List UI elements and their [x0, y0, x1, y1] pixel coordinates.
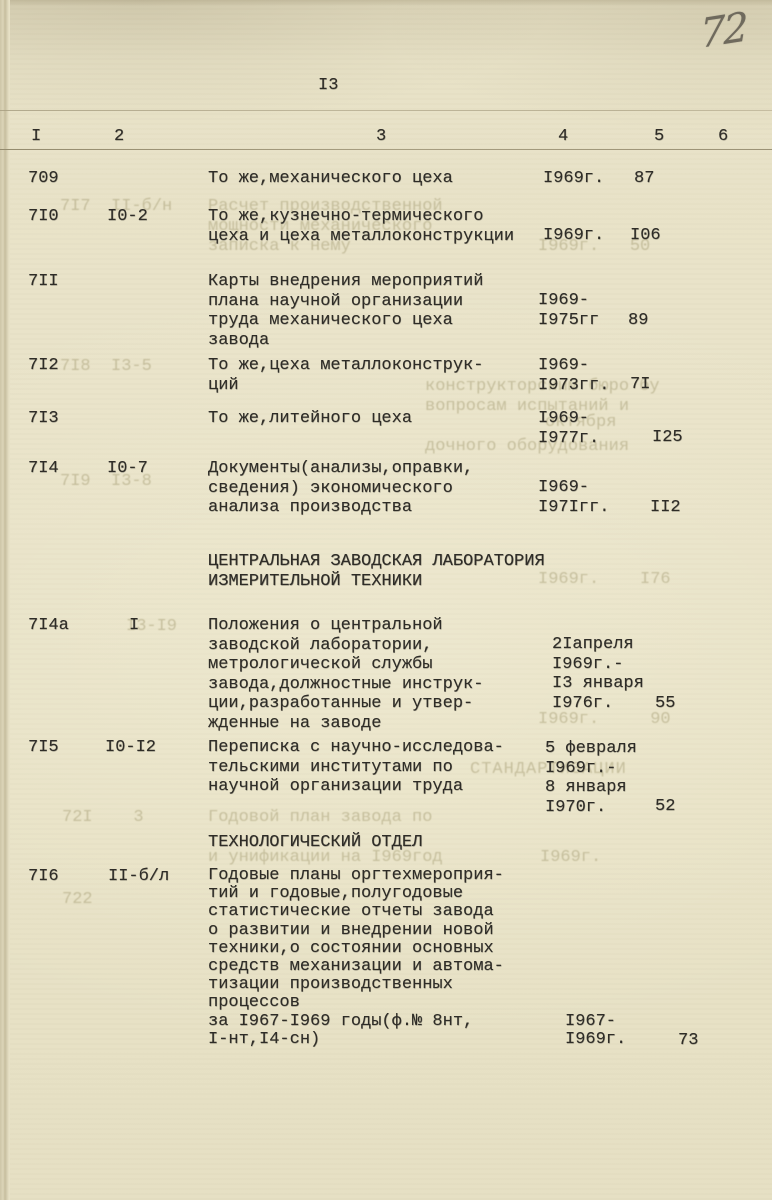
- scan-left-edge: [0, 0, 10, 1200]
- column-header-2: 2: [114, 127, 124, 146]
- section-title: ТЕХНОЛОГИЧЕСКИЙ ОТДЕЛ: [208, 833, 422, 853]
- case-title: То же,цеха металлоконструк- ций: [208, 356, 483, 395]
- case-dates: I969г.: [543, 226, 604, 246]
- case-count: I06: [630, 226, 661, 246]
- case-number: 7I0: [28, 207, 59, 227]
- bleedthrough-text: 7I8 I3-5: [60, 357, 152, 377]
- case-index: I0-2: [107, 207, 148, 227]
- case-dates: I969- I973гг.: [538, 356, 609, 395]
- case-title: То же,литейного цеха: [208, 409, 412, 429]
- case-dates: I969- I975гг: [538, 291, 599, 330]
- case-index: I: [129, 616, 139, 636]
- case-number: 7I4: [28, 459, 59, 479]
- table-header-rule: [0, 149, 772, 150]
- case-count: 55: [655, 694, 675, 714]
- case-count: II2: [650, 498, 681, 518]
- case-number: 7I3: [28, 409, 59, 429]
- case-count: 87: [634, 169, 654, 189]
- scanned-archive-page: 7I7 II-б/н Расчет производственной мощно…: [0, 0, 772, 1200]
- case-dates: I969- I97Iгг.: [538, 478, 609, 517]
- scan-top-edge: [0, 0, 772, 6]
- case-count: 52: [655, 797, 675, 817]
- column-header-6: 6: [718, 127, 728, 146]
- column-header-3: 3: [376, 127, 386, 146]
- case-dates: 5 февраля I969г.- 8 января I970г.: [545, 739, 637, 817]
- case-number: 7I2: [28, 356, 59, 376]
- bleedthrough-text: 72I 3: [62, 808, 144, 828]
- case-title: Документы(анализы,оправки, сведения) эко…: [208, 459, 473, 518]
- case-index: I0-7: [107, 459, 148, 479]
- bleedthrough-text: I969г. I76: [538, 570, 671, 590]
- bleedthrough-text: 722: [62, 890, 93, 910]
- bleedthrough-text: I969г.: [540, 848, 601, 868]
- bleedthrough-text: Годовой план завода по: [208, 808, 432, 828]
- page-number: I3: [318, 76, 338, 96]
- case-title: То же,механического цеха: [208, 169, 453, 189]
- case-number: 7I6: [28, 867, 59, 887]
- case-count: 7I: [630, 375, 650, 395]
- case-count: 73: [678, 1031, 698, 1051]
- case-dates: I969г.: [543, 169, 604, 189]
- case-title: Карты внедрения мероприятий плана научно…: [208, 272, 483, 350]
- case-number: 7II: [28, 272, 59, 292]
- case-index: II-б/л: [108, 867, 169, 887]
- case-title: Положения о центральной заводской лабора…: [208, 616, 483, 733]
- case-number: 7I4а: [28, 616, 69, 636]
- case-index: I0-I2: [105, 738, 156, 758]
- case-title: Переписка с научно-исследова- тельскими …: [208, 738, 504, 797]
- case-dates: I969- I977г.: [538, 409, 599, 448]
- case-count: 89: [628, 311, 648, 331]
- case-count: I25: [652, 428, 683, 448]
- table-top-rule: [0, 110, 772, 111]
- case-number: 7I5: [28, 738, 59, 758]
- column-header-5: 5: [654, 127, 664, 146]
- case-title: То же,кузнечно-термического цеха и цеха …: [208, 207, 514, 246]
- case-dates: I967- I969г.: [565, 1013, 626, 1049]
- section-title: ЦЕНТРАЛЬНАЯ ЗАВОДСКАЯ ЛАБОРАТОРИЯ ИЗМЕРИ…: [208, 552, 545, 591]
- column-header-1: I: [31, 127, 41, 146]
- case-dates: 2Iапреля I969г.- I3 января I976г.: [552, 635, 644, 713]
- handwritten-sheet-number: 72: [700, 4, 747, 58]
- case-title: Годовые планы оргтехмероприя- тий и годо…: [208, 867, 504, 1049]
- column-header-4: 4: [558, 127, 568, 146]
- case-number: 709: [28, 169, 59, 189]
